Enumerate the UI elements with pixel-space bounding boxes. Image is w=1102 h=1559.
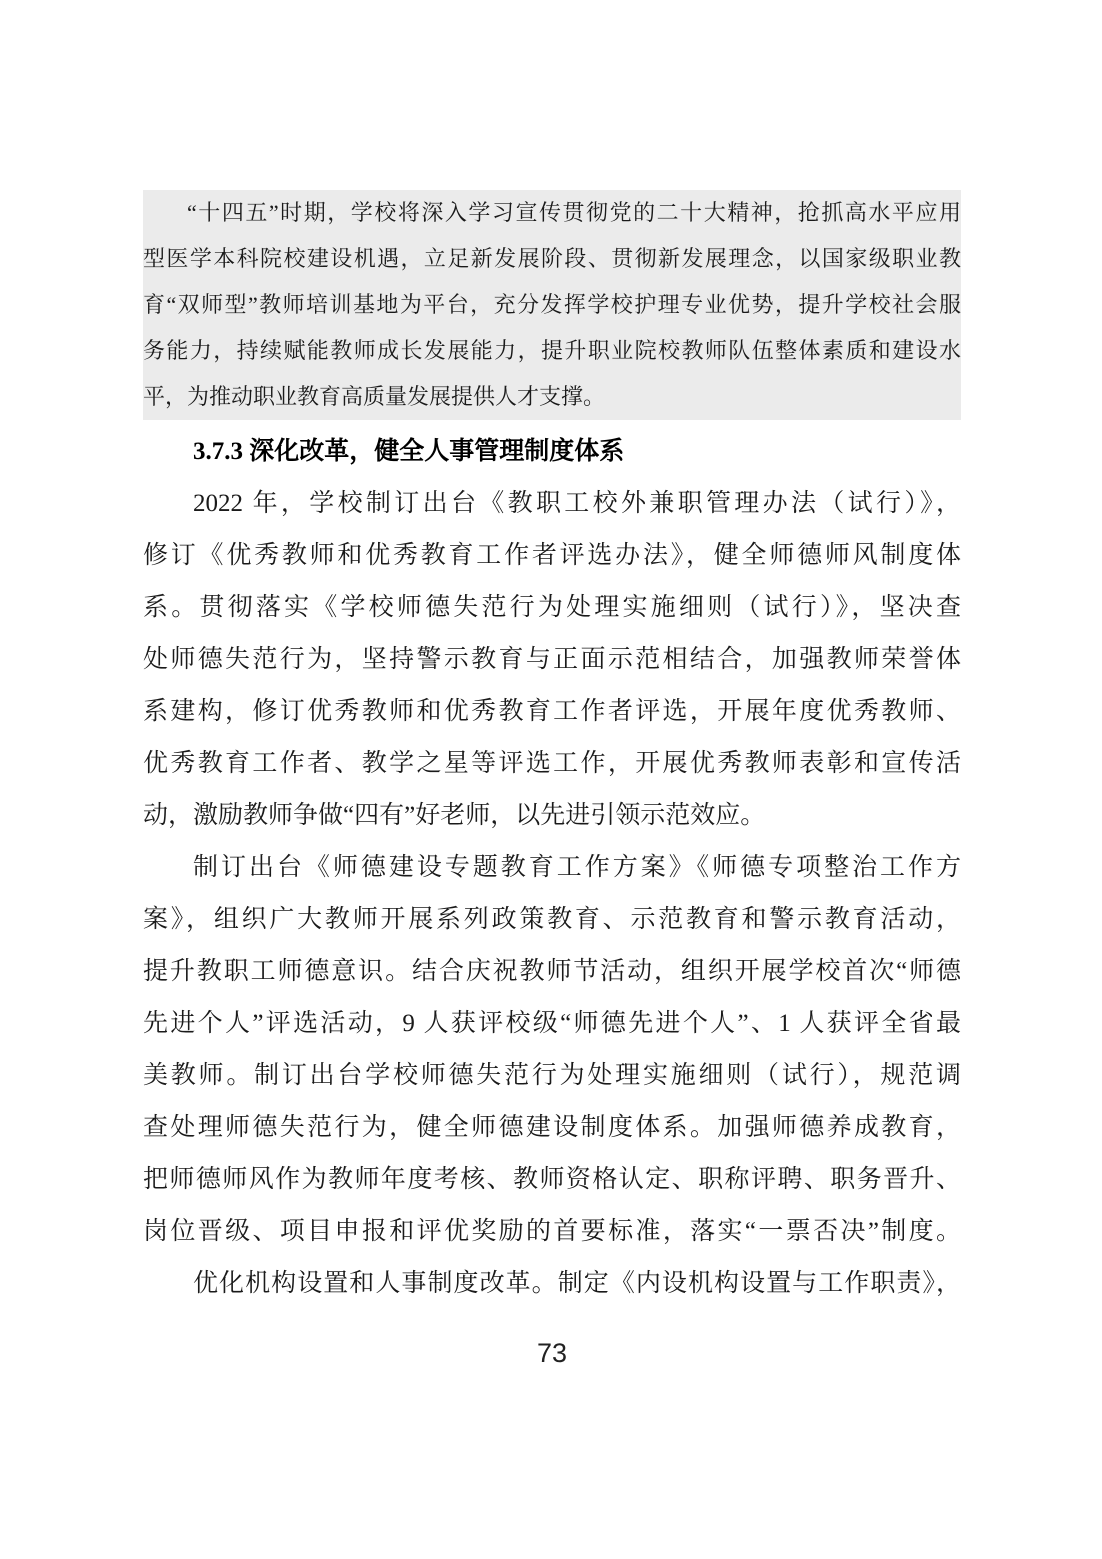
text-line: 查处理师德失范行为，健全师德建设制度体系。加强师德养成教育， [143,1102,961,1154]
text-line: 案》，组织广大教师开展系列政策教育、示范教育和警示教育活动， [143,894,961,946]
text-line: 系。贯彻落实《学校师德失范行为处理实施细则（试行）》，坚决查 [143,582,961,634]
page-number: 73 [143,1338,961,1369]
text-line: “十四五”时期，学校将深入学习宣传贯彻党的二十大精神，抢抓高水平应用 [143,190,961,236]
text-line: 2022 年，学校制订出台《教职工校外兼职管理办法（试行）》， [143,478,961,530]
text-line: 动，激励教师争做“四有”好老师，以先进引领示范效应。 [143,790,961,842]
text-line: 型医学本科院校建设机遇，立足新发展阶段、贯彻新发展理念，以国家级职业教 [143,236,961,282]
document-page: “十四五”时期，学校将深入学习宣传贯彻党的二十大精神，抢抓高水平应用 型医学本科… [0,0,1102,1559]
section-heading: 3.7.3 深化改革，健全人事管理制度体系 [143,426,961,478]
highlighted-paragraph: “十四五”时期，学校将深入学习宣传贯彻党的二十大精神，抢抓高水平应用 型医学本科… [143,190,961,420]
text-line: 优秀教育工作者、教学之星等评选工作，开展优秀教师表彰和宣传活 [143,738,961,790]
text-line: 务能力，持续赋能教师成长发展能力，提升职业院校教师队伍整体素质和建设水 [143,328,961,374]
text-line: 系建构，修订优秀教师和优秀教育工作者评选，开展年度优秀教师、 [143,686,961,738]
text-line: 岗位晋级、项目申报和评优奖励的首要标准，落实“一票否决”制度。 [143,1206,961,1258]
text-line: 把师德师风作为教师年度考核、教师资格认定、职称评聘、职务晋升、 [143,1154,961,1206]
document-content: “十四五”时期，学校将深入学习宣传贯彻党的二十大精神，抢抓高水平应用 型医学本科… [143,190,961,1369]
text-line: 提升教职工师德意识。结合庆祝教师节活动，组织开展学校首次“师德 [143,946,961,998]
text-line: 先进个人”评选活动，9 人获评校级“师德先进个人”、1 人获评全省最 [143,998,961,1050]
text-line: 平，为推动职业教育高质量发展提供人才支撑。 [143,374,961,420]
text-line: 处师德失范行为，坚持警示教育与正面示范相结合，加强教师荣誉体 [143,634,961,686]
text-line: 制订出台《师德建设专题教育工作方案》《师德专项整治工作方 [143,842,961,894]
text-line: 优化机构设置和人事制度改革。制定《内设机构设置与工作职责》， [143,1258,961,1310]
section-title: 深化改革，健全人事管理制度体系 [249,438,624,465]
text-line: 育“双师型”教师培训基地为平台，充分发挥学校护理专业优势，提升学校社会服 [143,282,961,328]
paragraph: 2022 年，学校制订出台《教职工校外兼职管理办法（试行）》， 修订《优秀教师和… [143,478,961,842]
paragraph: 制订出台《师德建设专题教育工作方案》《师德专项整治工作方 案》，组织广大教师开展… [143,842,961,1258]
section-number: 3.7.3 [193,438,243,465]
text-line: 修订《优秀教师和优秀教育工作者评选办法》，健全师德师风制度体 [143,530,961,582]
paragraph: 优化机构设置和人事制度改革。制定《内设机构设置与工作职责》， [143,1258,961,1310]
text-line: 美教师。制订出台学校师德失范行为处理实施细则（试行），规范调 [143,1050,961,1102]
